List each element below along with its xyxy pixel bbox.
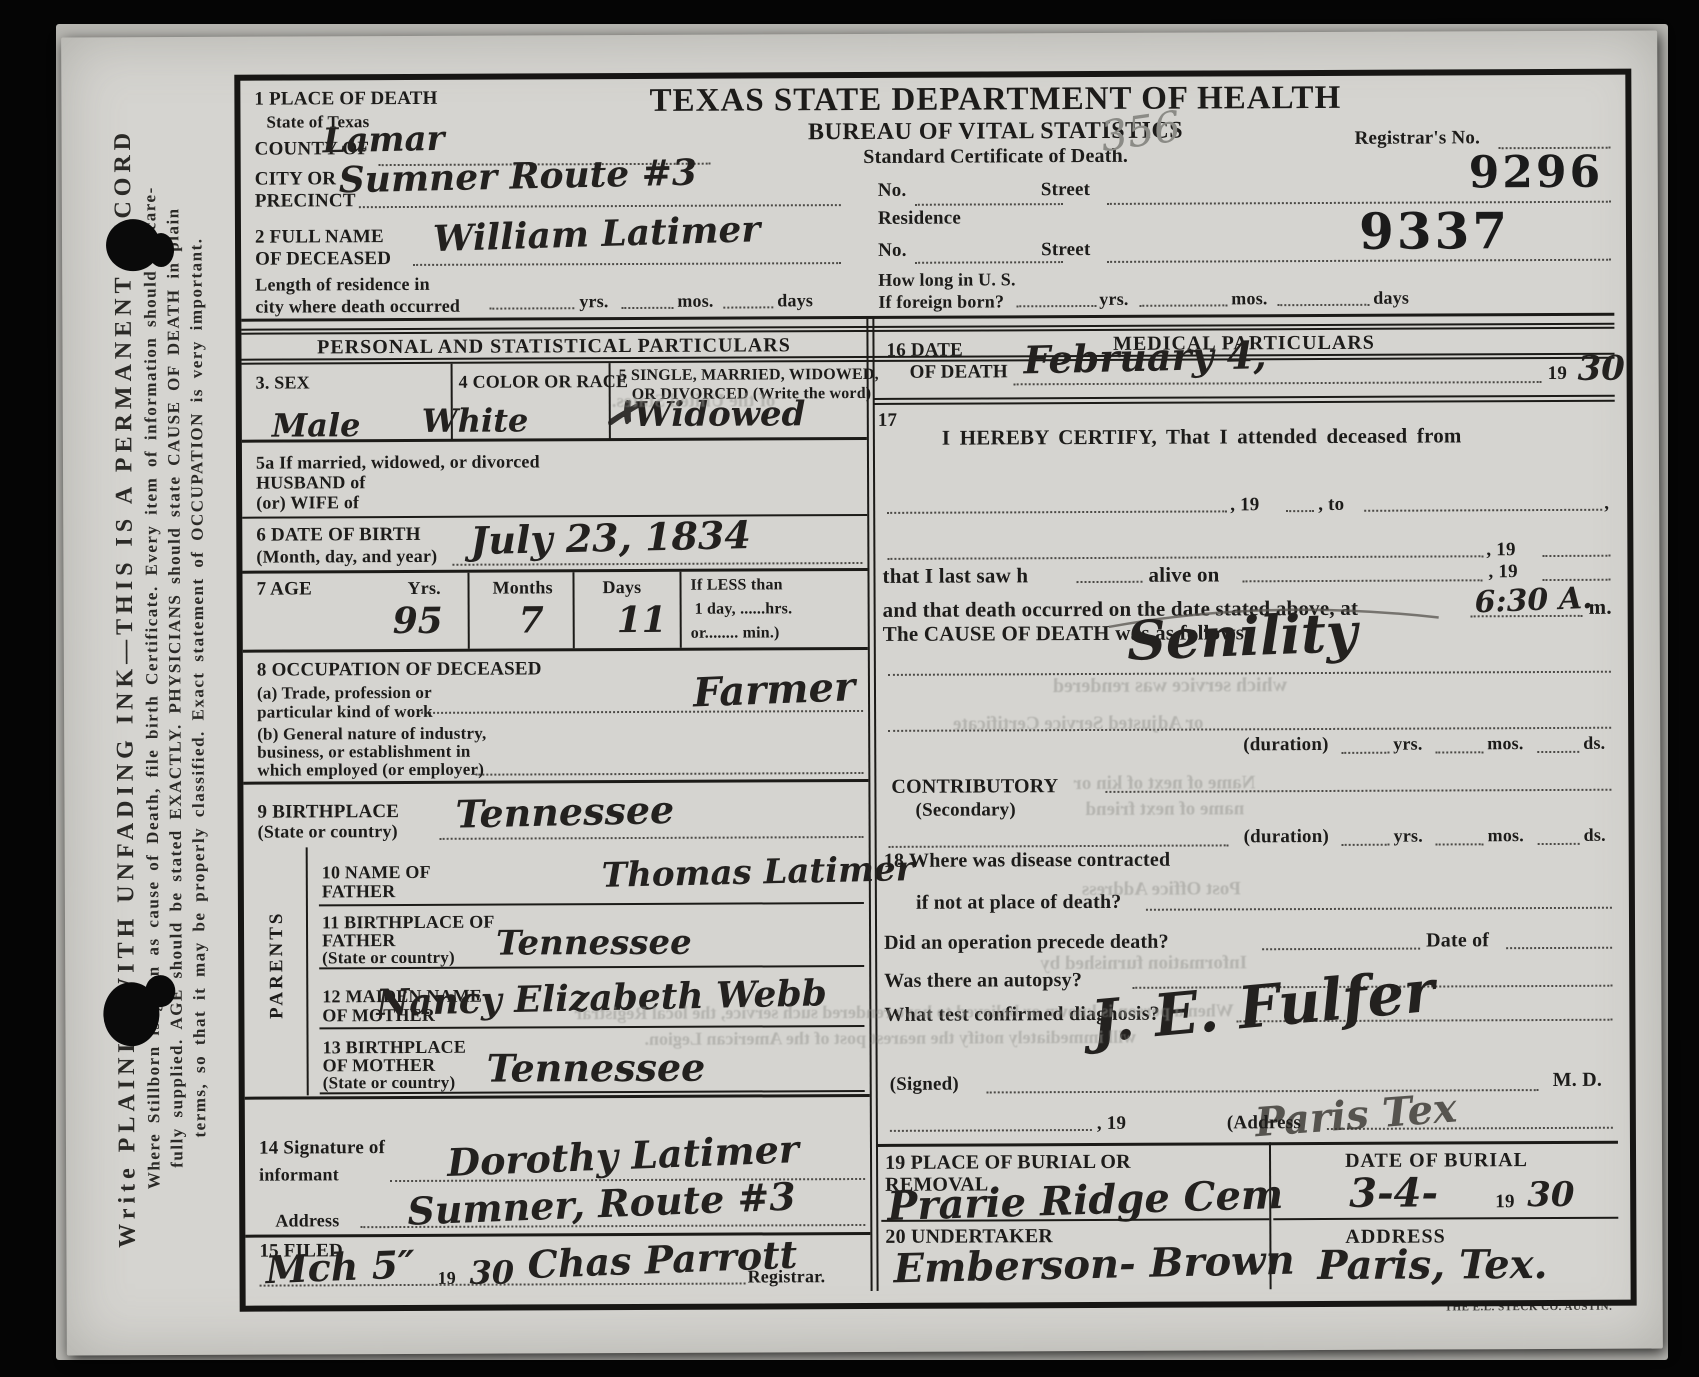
mos-label-right: mos. xyxy=(1231,288,1267,309)
age-months-value: 7 xyxy=(519,599,544,641)
page-subtitle: BUREAU OF VITAL STATISTICS xyxy=(535,116,1455,147)
certify-19-label-3: , 19 xyxy=(1488,561,1517,583)
certify-statement: I HEREBY CERTIFY, That I attended deceas… xyxy=(942,423,1462,450)
contributory-label: CONTRIBUTORY xyxy=(891,775,1058,799)
undertaker-value: Emberson- Brown xyxy=(893,1237,1295,1293)
cell-divider xyxy=(467,573,469,649)
occupation-a-label-2: particular kind of work xyxy=(257,702,433,723)
dotted-line xyxy=(1471,615,1583,617)
punch-hole-bottom-lobe xyxy=(145,975,175,1007)
duration-ds-1: ds. xyxy=(1583,733,1605,754)
race-value: White xyxy=(422,401,529,439)
bleed-through-text: which service was rendered xyxy=(1053,674,1287,698)
duration-ds-2: ds. xyxy=(1584,825,1606,846)
duration-yrs-2: yrs. xyxy=(1394,826,1423,847)
page-title: TEXAS STATE DEPARTMENT OF HEALTH xyxy=(535,79,1455,120)
fullname-label-1: 2 FULL NAME xyxy=(255,226,384,249)
burial-year-value: 30 xyxy=(1527,1175,1575,1215)
section-1-place-of-death: 1 PLACE OF DEATH xyxy=(254,88,437,111)
if-less-label-2: 1 day, ......hrs. xyxy=(695,600,793,618)
signed-19-label: , 19 xyxy=(1097,1113,1126,1135)
if-less-label-1: If LESS than xyxy=(690,576,782,594)
date-of-death-label-2: OF DEATH xyxy=(910,361,1008,383)
dotted-line xyxy=(915,203,1063,206)
mother-birthplace-label-3: (State or country) xyxy=(323,1073,456,1094)
sex-label: 3. SEX xyxy=(256,372,310,393)
bleed-through-text: When a person is known or believed to ha… xyxy=(574,1000,1234,1024)
punch-hole-top-lobe xyxy=(148,233,174,267)
mother-birthplace-value: Tennessee xyxy=(487,1045,706,1091)
if-foreign-born-label: If foreign born? xyxy=(878,291,1004,313)
signed-label: (Signed) xyxy=(890,1074,959,1096)
dotted-line xyxy=(440,836,864,840)
dotted-line xyxy=(413,262,841,266)
street-label-2: Street xyxy=(1041,239,1090,261)
undertaker-address-value: Paris, Tex. xyxy=(1317,1241,1547,1289)
burial-date-value: 3-4- xyxy=(1349,1169,1438,1216)
last-saw-label: that I last saw h xyxy=(882,563,1028,589)
bleed-through-text: Information furnished by xyxy=(1040,952,1247,975)
burial-19-label: 19 xyxy=(1495,1191,1515,1213)
operation-label: Did an operation precede death? xyxy=(884,931,1169,955)
bleed-through-text: Post Office Address xyxy=(1082,878,1241,901)
age-label: 7 AGE xyxy=(256,578,311,600)
marital-label-1: 5 SINGLE, MARRIED, WIDOWED, xyxy=(619,366,879,385)
dotted-line xyxy=(1436,843,1484,845)
dotted-line xyxy=(1364,509,1602,512)
dotted-line xyxy=(887,555,1483,560)
duration-mos-1: mos. xyxy=(1487,733,1523,754)
dotted-line xyxy=(723,306,773,308)
dotted-line xyxy=(1262,948,1420,951)
age-yrs-header: Yrs. xyxy=(407,578,440,599)
days-label-right: days xyxy=(1373,288,1409,309)
date-of-death-label-1: 16 DATE xyxy=(886,340,963,362)
informant-label-2: informant xyxy=(259,1164,339,1185)
birthplace-label-2: (State or country) xyxy=(258,821,398,843)
alive-on-label: alive on xyxy=(1148,562,1219,587)
bleed-through-text: of the United States. xyxy=(612,390,776,413)
dotted-line xyxy=(489,307,574,309)
cause-of-death-value: Senility xyxy=(1126,600,1359,673)
comma-label: , xyxy=(1604,493,1609,515)
dotted-line xyxy=(452,562,862,566)
bleed-through-text: will immediately notify the nearest post… xyxy=(644,1027,1136,1050)
rule xyxy=(319,902,864,906)
age-days-header: Days xyxy=(602,577,641,598)
dotted-line xyxy=(915,261,1063,264)
mos-label-left: mos. xyxy=(677,291,713,312)
dod-19-label: 19 xyxy=(1548,363,1568,385)
birthplace-value: Tennessee xyxy=(455,787,675,837)
dob-value: July 23, 1834 xyxy=(470,512,751,563)
5a-label-1: 5a If married, widowed, or divorced xyxy=(256,451,540,473)
duration-mos-2: mos. xyxy=(1488,825,1524,846)
dotted-line xyxy=(475,772,863,776)
parents-label: PARENTS xyxy=(266,911,288,1019)
yrs-label-right: yrs. xyxy=(1099,289,1128,310)
dotted-line xyxy=(621,307,673,309)
dotted-line xyxy=(890,1129,1092,1132)
dotted-line xyxy=(1243,579,1483,582)
certify-19-label-2: , 19 xyxy=(1486,539,1515,561)
dotted-line xyxy=(359,204,841,208)
dotted-line xyxy=(1542,555,1610,557)
dob-label-1: 6 DATE OF BIRTH xyxy=(256,524,420,547)
date-of-death-value: February 4, xyxy=(1023,332,1267,382)
certificate-paper: Write PLAINLY WITH UNFADING INK—THIS IS … xyxy=(61,31,1663,1356)
dob-label-2: (Month, day, and year) xyxy=(256,546,437,568)
informant-label-1: 14 Signature of xyxy=(259,1137,385,1160)
duration-yrs-1: yrs. xyxy=(1393,734,1422,755)
no-label-1: No. xyxy=(878,180,907,202)
bleed-through-text: or Adjusted Service Certificate xyxy=(953,713,1203,736)
father-name-label-2: FATHER xyxy=(322,881,396,902)
md-label: M. D. xyxy=(1553,1069,1602,1092)
dotted-line xyxy=(987,1089,1539,1093)
father-birthplace-value: Tennessee xyxy=(496,923,692,964)
5a-label-3: (or) WIFE of xyxy=(256,492,359,513)
dotted-line xyxy=(1506,947,1612,949)
dotted-line xyxy=(1341,752,1389,754)
bleed-through-text: name of next friend xyxy=(1085,798,1244,821)
dotted-line xyxy=(1538,843,1580,845)
age-yrs-value: 95 xyxy=(393,600,443,642)
city-precinct-value: Sumner Route #3 xyxy=(338,152,697,202)
length-residence-label-1: Length of residence in xyxy=(255,274,430,296)
rule xyxy=(1273,1217,1618,1221)
rule xyxy=(245,1094,870,1100)
county-value: Lamar xyxy=(322,119,445,162)
dotted-line xyxy=(421,710,863,714)
occupation-a-label-1: (a) Trade, profession or xyxy=(257,683,432,704)
duration-label-2: (duration) xyxy=(1244,826,1330,848)
5a-label-2: HUSBAND of xyxy=(256,472,366,493)
dotted-line xyxy=(887,510,1227,513)
street-label-1: Street xyxy=(1041,179,1090,201)
column-divider xyxy=(866,316,872,1291)
dotted-line xyxy=(1139,304,1227,306)
margin-line-4: terms, so that it may be properly classi… xyxy=(185,67,213,1307)
fullname-value: William Latimer xyxy=(432,208,760,260)
rule xyxy=(874,400,1615,405)
parents-bracket-line xyxy=(306,847,309,1095)
date-of-label: Date of xyxy=(1426,929,1489,952)
rule xyxy=(242,568,867,574)
address-paren-label: (Address xyxy=(1227,1112,1301,1134)
rule xyxy=(874,395,1615,400)
dotted-line xyxy=(1286,510,1314,512)
age-days-value: 11 xyxy=(617,599,667,641)
race-label: 4 COLOR OR RACE xyxy=(459,371,629,393)
dotted-line xyxy=(1077,581,1143,583)
father-birthplace-label-3: (State or country) xyxy=(322,948,455,969)
time-m-label: m. xyxy=(1589,595,1612,620)
if-less-label-3: or........ min.) xyxy=(691,624,780,642)
registrar-no-label: Registrar's No. xyxy=(1355,127,1481,150)
no-label-2: No. xyxy=(878,240,907,262)
residence-number-stamp: 9337 xyxy=(1359,201,1510,261)
how-long-us-label: How long in U. S. xyxy=(878,269,1016,291)
age-months-header: Months xyxy=(492,577,552,598)
city-label-1: CITY OR xyxy=(255,168,337,190)
cell-divider xyxy=(572,572,574,648)
duration-label-1: (duration) xyxy=(1243,734,1329,756)
occupation-value: Farmer xyxy=(692,663,856,716)
section-17-number: 17 xyxy=(878,410,898,432)
rule xyxy=(243,647,868,653)
registrar-word-label: Registrar. xyxy=(748,1266,826,1287)
dotted-line xyxy=(1537,751,1579,753)
certify-to-label: , to xyxy=(1318,494,1344,516)
cell-divider xyxy=(679,572,681,648)
certificate-form: 1 PLACE OF DEATH State of Texas TEXAS ST… xyxy=(234,69,1636,1312)
dotted-line xyxy=(1342,844,1390,846)
dotted-line xyxy=(1327,1127,1613,1130)
dotted-line xyxy=(1016,305,1096,307)
registrar-number-stamp: 9296 xyxy=(1469,147,1604,199)
length-residence-label-2: city where death occurred xyxy=(255,296,460,318)
dotted-line xyxy=(1435,751,1483,753)
occupation-label: 8 OCCUPATION OF DECEASED xyxy=(257,658,542,681)
informant-address-label: Address xyxy=(275,1210,339,1231)
certify-19-label-1: , 19 xyxy=(1230,494,1259,516)
dotted-line xyxy=(889,844,1229,847)
residence-label: Residence xyxy=(878,208,961,230)
dod-year-value: 30 xyxy=(1578,349,1626,389)
secondary-label: (Secondary) xyxy=(915,799,1015,821)
days-label-left: days xyxy=(777,290,813,311)
fullname-label-2: OF DECEASED xyxy=(255,248,391,271)
yrs-label-left: yrs. xyxy=(579,291,608,312)
dotted-line xyxy=(1146,907,1612,911)
dotted-line xyxy=(1014,381,1542,385)
rule xyxy=(877,1141,1618,1147)
occupation-b-label-3: which employed (or employer) xyxy=(257,760,484,781)
father-name-value: Thomas Latimer xyxy=(601,849,914,896)
disease-contracted-label: 18 Where was disease contracted xyxy=(884,849,1171,873)
burial-label-1: 19 PLACE OF BURIAL OR xyxy=(885,1151,1131,1175)
dotted-line xyxy=(1277,304,1369,306)
filed-year-value: 30 xyxy=(469,1254,514,1292)
bleed-through-text: Name of next of kin or xyxy=(1073,772,1255,795)
